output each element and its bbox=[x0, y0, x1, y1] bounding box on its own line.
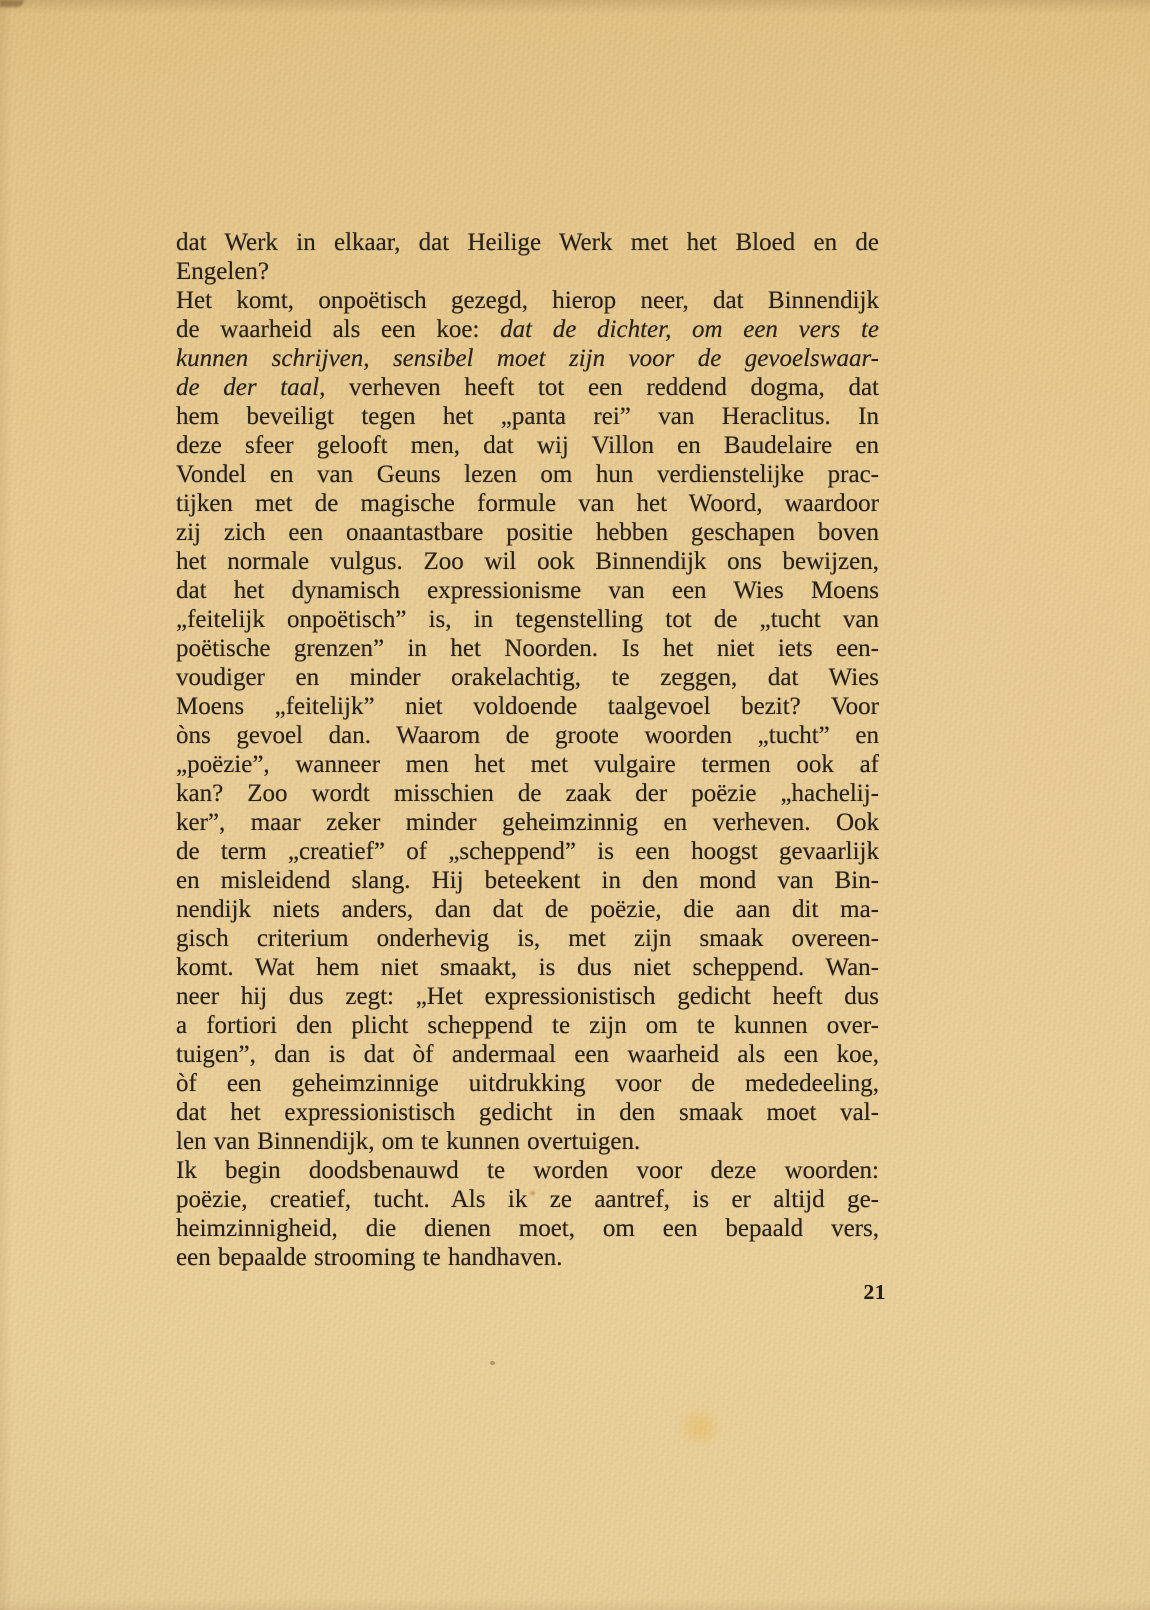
text-line: Het komt, onpoëtisch gezegd, hierop neer… bbox=[176, 286, 879, 315]
text-segment: tijken met de magische formule van het W… bbox=[176, 490, 879, 517]
text-line: zij zich een onaantastbare positie hebbe… bbox=[176, 518, 879, 547]
text-segment: verheven heeft tot een reddend dogma, da… bbox=[325, 374, 879, 401]
text-segment: òns gevoel dan. Waarom de groote woorden… bbox=[176, 722, 879, 749]
text-segment: het normale vulgus. Zoo wil ook Binnendi… bbox=[176, 548, 879, 575]
text-segment: len van Binnendijk, om te kunnen overtui… bbox=[176, 1128, 640, 1155]
text-line: dat het dynamisch expressionisme van een… bbox=[176, 576, 879, 605]
paper-background: dat Werk in elkaar, dat Heilige Werk met… bbox=[0, 0, 1150, 1610]
text-segment: nendijk niets anders, dan dat de poëzie,… bbox=[176, 896, 879, 923]
text-segment: neer hij dus zegt: „Het expressionistisc… bbox=[176, 983, 879, 1010]
scan-corner-mark bbox=[0, 0, 24, 7]
text-segment: òf een geheimzinnige uitdrukking voor de… bbox=[176, 1070, 879, 1097]
text-segment: de term „creatief” of „scheppend” is een… bbox=[176, 838, 879, 865]
text-line: „feitelijk onpoëtisch” is, in tegenstell… bbox=[176, 605, 879, 634]
text-line: deze sfeer gelooft men, dat wij Villon e… bbox=[176, 431, 879, 460]
text-line: òns gevoel dan. Waarom de groote woorden… bbox=[176, 721, 879, 750]
text-line: de der taal, verheven heeft tot een redd… bbox=[176, 373, 879, 402]
text-line: len van Binnendijk, om te kunnen overtui… bbox=[176, 1127, 879, 1156]
italic-text-segment: dat de dichter, om een vers te bbox=[500, 316, 879, 343]
text-line: voudiger en minder orakelachtig, te zegg… bbox=[176, 663, 879, 692]
text-line: poëtische grenzen” in het Noorden. Is he… bbox=[176, 634, 879, 663]
text-line: tuigen”, dan is dat òf andermaal een waa… bbox=[176, 1040, 879, 1069]
text-block: dat Werk in elkaar, dat Heilige Werk met… bbox=[176, 228, 879, 1272]
text-line: het normale vulgus. Zoo wil ook Binnendi… bbox=[176, 547, 879, 576]
text-line: òf een geheimzinnige uitdrukking voor de… bbox=[176, 1069, 879, 1098]
text-segment: „poëzie”, wanneer men het met vulgaire t… bbox=[176, 751, 879, 778]
text-segment: „feitelijk onpoëtisch” is, in tegenstell… bbox=[176, 606, 879, 633]
paper-stain-speck bbox=[490, 1361, 495, 1365]
text-line: dat het expressionistisch gedicht in den… bbox=[176, 1098, 879, 1127]
text-line: een bepaalde strooming te handhaven. bbox=[176, 1243, 879, 1272]
text-segment: Ik begin doodsbenauwd te worden voor dez… bbox=[176, 1157, 879, 1184]
text-line: Engelen? bbox=[176, 257, 879, 286]
text-segment: zij zich een onaantastbare positie hebbe… bbox=[176, 519, 879, 546]
text-segment: tuigen”, dan is dat òf andermaal een waa… bbox=[176, 1041, 879, 1068]
text-line: Moens „feitelijk” niet voldoende taalgev… bbox=[176, 692, 879, 721]
text-line: en misleidend slang. Hij beteekent in de… bbox=[176, 866, 879, 895]
text-line: hem beveiligt tegen het „panta rei” van … bbox=[176, 402, 879, 431]
text-line: Ik begin doodsbenauwd te worden voor dez… bbox=[176, 1156, 879, 1185]
paper-stain-blob bbox=[668, 1398, 732, 1456]
text-line: kunnen schrijven, sensibel moet zijn voo… bbox=[176, 344, 879, 373]
text-segment: de waarheid als een koe: bbox=[176, 316, 500, 343]
italic-text-segment: de der taal, bbox=[176, 374, 325, 401]
text-segment: en misleidend slang. Hij beteekent in de… bbox=[176, 867, 879, 894]
text-segment: dat het expressionistisch gedicht in den… bbox=[176, 1099, 879, 1126]
text-segment: a fortiori den plicht scheppend te zijn … bbox=[176, 1012, 879, 1039]
text-segment: deze sfeer gelooft men, dat wij Villon e… bbox=[176, 432, 879, 459]
text-line: kan? Zoo wordt misschien de zaak der poë… bbox=[176, 779, 879, 808]
text-line: dat Werk in elkaar, dat Heilige Werk met… bbox=[176, 228, 879, 257]
text-segment: ker”, maar zeker minder geheimzinnig en … bbox=[176, 809, 879, 836]
text-line: Vondel en van Geuns lezen om hun verdien… bbox=[176, 460, 879, 489]
page-number: 21 bbox=[856, 1280, 886, 1305]
scan-edge-shading-bottom bbox=[0, 1600, 1150, 1610]
text-segment: Moens „feitelijk” niet voldoende taalgev… bbox=[176, 693, 879, 720]
text-segment: heimzinnigheid, die dienen moet, om een … bbox=[176, 1215, 879, 1242]
text-line: poëzie, creatief, tucht. Als ik ze aantr… bbox=[176, 1185, 879, 1214]
scan-edge-shading-left bbox=[0, 0, 12, 1610]
text-line: komt. Wat hem niet smaakt, is dus niet s… bbox=[176, 953, 879, 982]
text-line: nendijk niets anders, dan dat de poëzie,… bbox=[176, 895, 879, 924]
italic-text-segment: kunnen schrijven, sensibel moet zijn voo… bbox=[176, 345, 879, 372]
text-segment: poëtische grenzen” in het Noorden. Is he… bbox=[176, 635, 879, 662]
text-line: „poëzie”, wanneer men het met vulgaire t… bbox=[176, 750, 879, 779]
text-line: de waarheid als een koe: dat de dichter,… bbox=[176, 315, 879, 344]
text-line: de term „creatief” of „scheppend” is een… bbox=[176, 837, 879, 866]
text-segment: hem beveiligt tegen het „panta rei” van … bbox=[176, 403, 879, 430]
text-line: ker”, maar zeker minder geheimzinnig en … bbox=[176, 808, 879, 837]
text-segment: een bepaalde strooming te handhaven. bbox=[176, 1244, 563, 1271]
text-line: tijken met de magische formule van het W… bbox=[176, 489, 879, 518]
text-segment: gisch criterium onderhevig is, met zijn … bbox=[176, 925, 879, 952]
text-line: gisch criterium onderhevig is, met zijn … bbox=[176, 924, 879, 953]
text-segment: dat Werk in elkaar, dat Heilige Werk met… bbox=[176, 229, 879, 256]
text-segment: Het komt, onpoëtisch gezegd, hierop neer… bbox=[176, 287, 879, 314]
text-line: a fortiori den plicht scheppend te zijn … bbox=[176, 1011, 879, 1040]
text-segment: kan? Zoo wordt misschien de zaak der poë… bbox=[176, 780, 879, 807]
text-segment: Vondel en van Geuns lezen om hun verdien… bbox=[176, 461, 879, 488]
text-line: neer hij dus zegt: „Het expressionistisc… bbox=[176, 982, 879, 1011]
text-segment: dat het dynamisch expressionisme van een… bbox=[176, 577, 879, 604]
text-line: heimzinnigheid, die dienen moet, om een … bbox=[176, 1214, 879, 1243]
text-segment: poëzie, creatief, tucht. Als ik ze aantr… bbox=[176, 1186, 879, 1213]
scan-edge-shading-top bbox=[0, 0, 1150, 14]
text-segment: komt. Wat hem niet smaakt, is dus niet s… bbox=[176, 954, 879, 981]
text-segment: Engelen? bbox=[176, 258, 269, 285]
text-segment: voudiger en minder orakelachtig, te zegg… bbox=[176, 664, 879, 691]
